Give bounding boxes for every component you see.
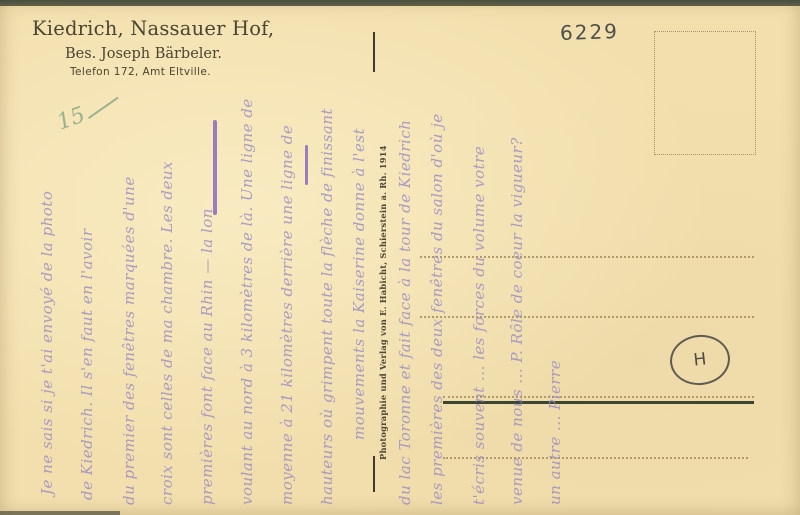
green-mark-tail — [88, 97, 119, 119]
publisher-rule-top — [373, 32, 375, 72]
address-underline — [443, 401, 754, 404]
handwriting-line: les premières des deux fenêtres du salon… — [428, 113, 446, 505]
header-owner: Bes. Joseph Bärbeler. — [65, 46, 222, 62]
handwriting-line: croix sont celles de ma chambre. Les deu… — [158, 161, 176, 505]
green-mark-text: 15 — [54, 102, 89, 135]
handwriting-line: hauteurs où grimpent toute la flèche de … — [318, 108, 336, 505]
handwriting-line: t'écris souvent ... les forces du volume… — [470, 146, 488, 505]
handwriting-line: du lac Toronne et fait face à la tour de… — [396, 120, 414, 505]
address-line-3 — [443, 396, 754, 398]
header-title: Kiedrich, Nassauer Hof, — [32, 17, 274, 40]
green-mark: 15 — [54, 89, 125, 135]
postcard-back: Kiedrich, Nassauer Hof, Bes. Joseph Bärb… — [0, 0, 800, 515]
handwriting-line: du premier des fenêtres marquées d'une — [120, 176, 138, 505]
header-phone: Telefon 172, Amt Eltville. — [70, 66, 211, 78]
stamp-box — [654, 31, 756, 155]
handwriting-line: premières font face au Rhin — la lon — [198, 208, 216, 505]
handwriting-line: un autre ... Pierre — [546, 360, 564, 505]
handwriting-line: venue de nous ... P. Rôle de coeur la vi… — [508, 137, 526, 505]
circled-letter: H — [668, 332, 733, 388]
ink-strikethrough — [305, 145, 308, 185]
scan-edge-top — [0, 0, 800, 6]
handwriting-line: de Kiedrich. Il s'en faut en l'avoir — [78, 228, 96, 500]
publisher-line: Photographie und Verlag von E. Habicht, … — [378, 145, 388, 460]
handwriting-line: voulant au nord à 3 kilomètres de là. Un… — [238, 98, 256, 505]
circled-letter-text: H — [693, 349, 708, 370]
handwriting-line: Je ne sais si je t'ai envoyé de la photo — [38, 191, 56, 495]
ink-strikethrough — [213, 120, 217, 215]
handwriting-line: moyenne à 21 kilomètres derrière une lig… — [278, 125, 296, 505]
scan-edge-bottom — [0, 511, 120, 515]
handwriting-line: mouvements la Kaiserine donne à l'est — [350, 128, 368, 440]
publisher-rule-bottom — [373, 456, 375, 492]
catalog-number: 6229 — [560, 19, 620, 45]
address-line-4 — [443, 457, 748, 459]
